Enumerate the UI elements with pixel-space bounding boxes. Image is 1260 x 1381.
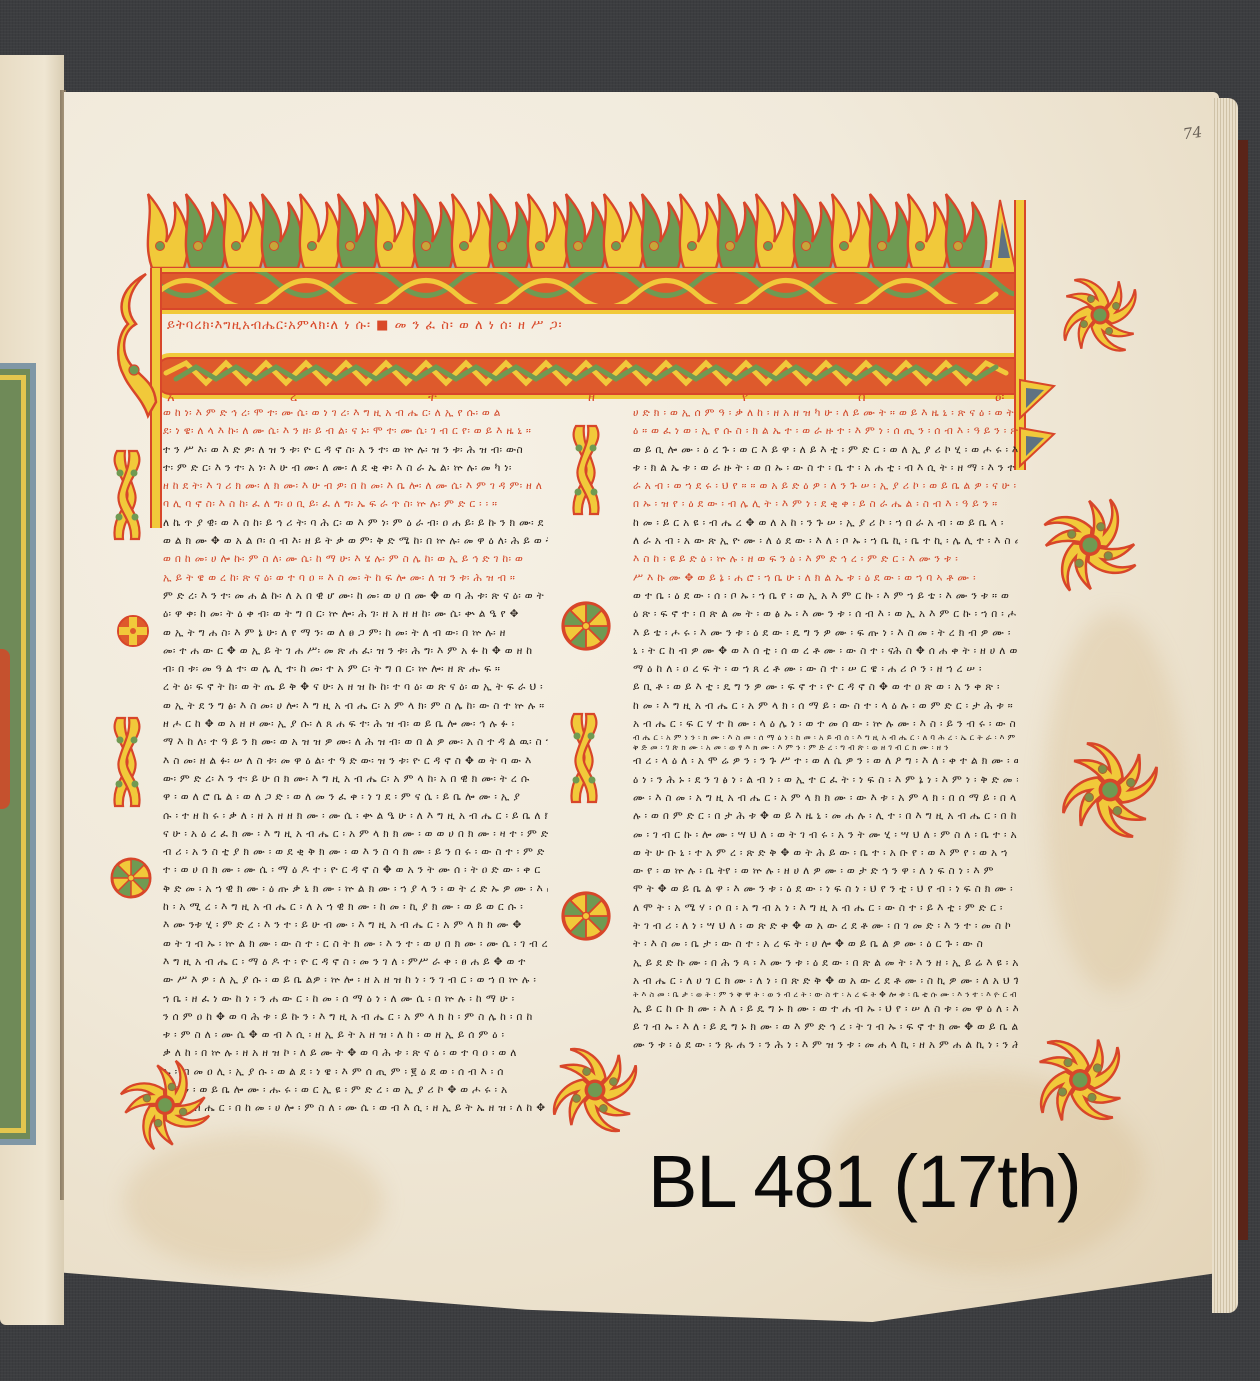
text-line: ና ሁ ፡ አ ዕ ረ ፈ ክ ሙ ፡ እ ግ ዚ አ ብ ሔ ር ፡ አ ም … [163,825,548,843]
margin-rosette-right-lower [1040,720,1180,860]
text-line: አ ብ ሔ ር ፡ ለ ሀ ገ ር ክ ሙ ፡ ለ ነ ፡ በ ጽ ድ ቅ ✥ … [633,972,1018,990]
text-line: ለ ኬ ጥ ያ ዊ፡ ወ እ ስ ከ፡ ይ ኅ ሪ ት፡ ባ ሕ ር፡ ወ እ … [163,514,548,532]
text-line: ው ሥ እ ዎ ፡ ለ ኢ ያ ሱ ፡ ወ ይ ቤ ልዎ ፡ ኵ ሎ ፡ ዘ አ… [163,971,548,989]
text-line: ወ በ ከ መ፡ ሀ ሎ ኩ፡ ም ስ ለ፡ ሙ ሴ፡ ከ ማ ሁ፡ እ ሄ ሉ… [163,550,548,568]
facing-page-painted-frame [0,363,36,1145]
page-block-edges [1212,98,1238,1313]
gutter-flower-2 [560,890,612,942]
interlace-band-top [152,268,1020,314]
margin-flower-left-2 [109,856,153,900]
text-line: ዕ ። ወ ፈ ነ ወ ፡ ኢ የ ሱ ስ ፡ ክ ል ኤ ተ ፡ ወ ራ ዙ … [633,422,1018,440]
margin-rosette-right-top [1040,255,1160,375]
text-line: ከ መ ፡ እ ግ ዚ አ ብ ሔ ር ፡ አ ም ላ ክ ፡ ሰ ማ ይ ፡ … [633,697,1018,715]
text-line: ሉ ፡ ወ በ ም ድ ር ፡ በ ታ ሕ ቱ ✥ ወ ይ እ ዜ ኒ ፡ መ … [633,807,1018,825]
incipit-letter: አ [167,390,175,405]
text-line: ሱ ፡ ተ ዘ ከ ሩ ፡ ቃ ለ ፡ ዘ አ ዘ ዘ ክ ሙ ፡ ሙ ሴ ፡ … [163,807,548,825]
binding-edge [1238,140,1248,1240]
gutter-knot-1 [566,420,606,520]
incipit-letter: የ [742,390,748,405]
text-line: ሙ ፡ እ ስ መ ፡ አ ግ ዚ አ ብ ሔ ር ፡ አ ም ላ ክ ክ ሙ … [633,789,1018,807]
text-line: ማ እ ከ ለ፡ ተ ዓ ይ ን ክ ሙ፡ ወ አ ዝ ዝ ዎ ሙ፡ ለ ሕ ዝ… [163,733,548,751]
rubric-title-line: ይትባረክ፡እግዚአብሔር፡አምላክ፡ለ ነ ሱ፡ ■ መ ን ፈ ስ፡ ወ ለ… [167,318,1007,333]
text-line: ለ ሞ ት ፡ አ ሜ ሃ ፡ ሶ በ ፡ አ ግ ብ አ ነ ፡ እ ግ ዚ … [633,899,1018,917]
text-line: ው፡ ም ድ ረ፡ እ ን ተ፡ ይ ሁ በ ክ ሙ፡ እ ግ ዚ አ ብ ሔ … [163,770,548,788]
text-line: ከ መ ፡ ይ ር አ ዩ ፡ ብ ሔ ረ ✥ ወ ለ አ ከ ፡ ን ጉ ሠ … [633,514,1018,532]
text-line: ቱ ፡ ክ ል ኤ ቱ ፡ ወ ራ ዙ ት ፡ ወ በ ኡ ፡ ው ስ ተ ፡ … [633,459,1018,477]
margin-rosette-bottom-center [535,1020,655,1160]
margin-rosette-right-bottom [1010,1015,1150,1145]
text-line: ይ ገ ብ ኡ ፡ እ ለ ፡ ይ ዴ ግ ኑ ክ ሙ ፡ ወ እ ም ድ ኅ … [633,1018,1018,1036]
text-line: ወ ተ ቤ ፡ ዕ ደ ው ፡ ሰ ፡ ቦ ኡ ፡ ኀ ቤ የ ፡ ወ ኢ አ … [633,587,1018,605]
text-line: ዋ ፡ ወ ለ ሮ ቤ ል ፡ ወ ለ ጋ ድ ፡ ወ ለ መ ን ፈ ቀ ፡ … [163,788,548,806]
text-line: ኢ ይ ር ከ ቡ ክ ሙ ፡ እ ለ ፡ ይ ዴ ግ ኑ ክ ሙ ፡ ወ ተ … [633,1000,1018,1018]
flame-crown-ornament [140,180,1020,275]
serpent-ornament-left [112,270,162,420]
text-line: ም ድ ረ፡ እ ን ተ፡ መ ሐ ል ኩ፡ ለ አ በ ዊ ሆ ሙ፡ ከ መ፡… [163,587,548,605]
text-line: ብ፡ በ ቱ፡ መ ዓ ል ተ፡ ወ ሌ ሊ ተ፡ ከ መ፡ ተ አ ም ር፡ … [163,660,548,678]
text-line: ብ ረ ፡ ላ ዕ ለ ፡ አ ሞ ሬ ዎ ን ፡ ን ጉ ሥ ተ ፡ ወ ለ … [633,752,1018,770]
text-line: ን ሰ ም ዐ ከ ✥ ወ ባ ሕ ቱ ፡ ይ ኩ ን ፡ እ ግ ዚ አ ብ … [163,1008,548,1026]
text-line: ወ ኢ ት ደ ን ግ ፅ፡ እ ስ መ፡ ሀ ሎ፡ እ ግ ዚ አ ብ ሔ ር… [163,697,548,715]
folio-number: 74 [1182,123,1203,143]
text-line: ማ ዕ ከ ለ ፡ ዐ ረ ፍ ት ፡ ወ ኀ ጸ ረ ቶ ሙ ፡ ው ስ ተ … [633,660,1018,678]
text-line: በ ኡ ፡ ዝ የ ፡ ዕ ደ ው ፡ ብ ሌ ሊ ት ፡ እ ም ነ ፡ ደ … [633,495,1018,513]
text-line: ወ ይ ቢ ሎ ሙ ፡ ዕ ረ ጉ ፡ ወ ር እ ይ ዋ ፡ ለ ይ እ ቲ … [633,441,1018,459]
text-line: ብ ሔ ር ፡ አ ም ነ ን ፡ ክ ሙ ፡ እ ስ መ ፡ ሰ ማ ዕ ነ … [633,733,1018,743]
gutter-flower-1 [560,600,612,652]
text-line: ቅ ድ መ ፡ ገ ጽ ክ ሙ ፡ አ መ ፡ ወ ፃ እ ክ ሙ ፡ እ ም … [633,743,1018,753]
text-line: ራ አ ብ ፡ ወ ኀ ደ ሩ ፡ ህ የ ። ። ወ አ ይ ድ ዕ ዎ ፡ … [633,477,1018,495]
incipit-letter: ዘ [588,390,595,405]
text-line: ወ ት ሁ ቡ ኒ ፡ ተ አ ም ረ ፡ ጽ ድ ቅ ✥ ወ ት ሕ ይ ው … [633,844,1018,862]
text-line: ብ ሪ ፡ አ ን ስ ቲ ያ ክ ሙ ፡ ወ ደ ቂ ቅ ክ ሙ ፡ ወ እ … [163,843,548,861]
incipit-letter: ረ [290,390,297,405]
text-line: ቅ ድ መ ፡ አ ኀ ዊ ክ ሙ ፡ ዕ ጡ ቃ ኒ ክ ሙ ፡ ኵ ል ክ … [163,880,548,898]
incipit-letter: ሰ [858,390,866,405]
facing-page-left [0,55,64,1325]
text-line: ሥ እ ኩ ሙ ✥ ወ ይ ኔ ፡ ሐ ሮ ፡ ኀ ቤ ሁ ፡ ለ ክ ል ኤ … [633,569,1018,587]
text-line: ዘ ከ ደ ት፡ እ ገ ሪ ክ ሙ፡ ለ ክ ሙ፡ እ ሁ ብ ዎ፡ በ ከ … [163,477,548,495]
text-column-right: ሀ ድ ክ ፡ ወ ኢ ሰ ም ዓ ፡ ቃ ለ ከ ፡ ዘ አ ዘ ዝ ካ ሁ … [633,404,1018,1055]
text-line: እ ግ ዚ አ ብ ሔ ር ፡ ማ ዕ ዶ ተ ፡ ዮ ር ዳ ኖ ስ ፡ መ … [163,953,548,971]
text-line: ተ ፡ ወ ሀ በ ክ ሙ ፡ ሙ ሴ ፡ ማ ዕ ዶ ተ ፡ ዮ ር ዳ ኖ … [163,861,548,879]
manuscript-shelfmark-caption: BL 481 (17th) [648,1145,1081,1219]
interlace-band-bottom [152,353,1020,399]
text-line: ዕ ጽ ፡ ፍ ኖ ተ ፡ በ ጽ ል መ ት ፡ ወ ፅ ኡ ፡ እ ሙ ን … [633,605,1018,623]
margin-knot-left-2 [107,712,147,812]
text-line: ይ ቢ ቶ ፡ ወ ይ እ ቲ ፡ ዴ ግ ን ዎ ሙ ፡ ፍ ኖ ተ ፡ ዮ … [633,678,1018,696]
margin-flower-left-1 [115,613,151,649]
margin-rosette-right-upper [1025,480,1155,610]
text-line: ዕ፡ ዋ ቀ፡ ከ መ፡ ት ዕ ቀ ብ፡ ወ ት ግ በ ር፡ ኵ ሎ፡ ሕ … [163,605,548,623]
text-line: መ ፡ ገ ብ ር ኩ ፡ ሎ ሙ ፡ ሣ ህ ለ ፡ ወ ት ገ ብ ሩ ፡ … [633,826,1018,844]
text-line: ት ገ ብ ሪ ፡ ለ ነ ፡ ሣ ህ ለ ፡ ወ ጽ ድ ቀ ✥ ወ አ ው … [633,917,1018,935]
text-line: ተ ን ሥ እ፡ ወ እ ድ ዎ፡ ለ ዝ ን ቱ፡ ዮ ር ዳ ኖ ስ፡ አ … [163,441,548,459]
text-line: ት እ ስ መ ፡ ቤ ታ ፡ ወ ት ፡ ም ን ቅ ዋ ት ፡ ወ ን ብ … [633,990,1018,1000]
text-line: እ ስ መ፡ ዘ ል ፉ፡ ሠ ለ ስ ቱ፡ መ ዋ ዕ ል፡ ተ ዓ ድ ው፡… [163,752,548,770]
text-line: ለ ራ አ ብ ፡ አ ው ጽ ኢ ዮ ሙ ፡ ለ ዕ ደ ው ፡ እ ለ ፡ … [633,532,1018,550]
text-line: ኢ ይ ት ዌ ወ ረ ከ፡ ጽ ና ዕ፡ ወ ተ ባ ዐ ። እ ስ መ፡ ት… [163,569,548,587]
text-line: ተ፡ ም ድ ር፡ እ ን ተ፡ አ ነ፡ እ ሁ ብ ሙ፡ ለ ሙ፡ ለ ደ … [163,459,548,477]
text-line: ከ ፡ አ ሚ ረ ፡ እ ግ ዚ አ ብ ሔ ር ፡ ለ አ ኀ ዊ ክ ሙ … [163,898,548,916]
text-line: ኀ ቤ ፡ ዘ ፈ ነ ው ከ ነ ፡ ን ሐ ው ር ፡ ከ መ ፡ ሰ ማ … [163,990,548,1008]
text-line: ው የ ፡ ወ ኵ ሉ ፡ ቤ ትየ ፡ ወ ኵ ሉ ፡ ዘ ሀ ለ ዎ ሙ ፡… [633,862,1018,880]
text-line: ት ፡ እ ስ መ ፡ ቤ ታ ፡ ው ስ ተ ፡ አ ረ ፍ ት ፡ ሀ ሎ … [633,935,1018,953]
text-line: መ፡ ተ ሐ ው ር ✥ ወ ኢ ይ ት ገ ሐ ሥ፡ መ ጽ ሐ ፈ፡ ዝ ን… [163,642,548,660]
text-line: ወ ከ ነ፡ እ ም ድ ኅ ረ፡ ሞ ተ፡ ሙ ሴ፡ ወ ነ ገ ረ፡ እ ግ… [163,404,548,422]
text-line: ወ ት ገ ብ ኡ ፡ ኵ ል ክ ሙ ፡ ው ስ ተ ፡ ር ስ ት ክ ሙ … [163,935,548,953]
text-line: እ ይ ቴ ፡ ሖ ሩ ፡ እ ሙ ን ቱ ፡ ዕ ደ ው ፡ ዴ ግ ን ዎ … [633,624,1018,642]
text-line: ሙ ን ቱ ፡ ዕ ደ ው ፡ ን ጹ ሐ ን ፡ ን ሕ ነ ፡ እ ም ዝ … [633,1036,1018,1054]
text-line: ኒ ፡ ት ር ከ ብ ዎ ሙ ✥ ወ እ ሰ ቲ ፡ ሰ ወ ረ ቶ ሙ ፡ … [633,642,1018,660]
text-line: እ ስ ከ ፡ ዩ ይ ድ ዕ ፡ ኵ ሉ ፡ ዘ ወ ፍ ን ዕ ፡ እ ም … [633,550,1018,568]
incipit-letter: ዕ፡ [995,390,1005,405]
text-line: ወ ል ክ ሙ ✥ ወ አ ል ቦ፡ ሰ ብ እ፡ ዘ ይ ት ቃ ወ ም፡ ቅ… [163,532,548,550]
frame-triangles [1018,378,1058,468]
text-line: አ ብ ሔ ር ፡ ፍ ር ሃ ተ ከ ሙ ፡ ላ ዕ ሌ ነ ፡ ወ ተ መ … [633,715,1018,733]
text-line: ወ ኢ ት ግ ሐ ስ፡ እ ም ኔ ሁ፡ ለ የ ማ ን፡ ወ ለ ፀ ጋ ም… [163,624,548,642]
margin-rosette-bottom-left [105,1040,225,1170]
text-line: ዕ ነ ፡ ን ሕ ኑ ፡ ደ ን ገ ፅ ነ ፡ ል ብ ነ ፡ ወ ኢ ተ … [633,771,1018,789]
text-line: ሞ ት ✥ ወ ይ ቤ ል ዋ ፡ እ ሙ ን ቱ ፡ ዕ ደ ው ፡ ነ ፍ … [633,880,1018,898]
text-line: እ ሙ ንቱ ሂ ፡ ም ድ ረ ፡ እ ን ተ ፡ ይ ሁ ብ ሙ ፡ እ ግ… [163,916,548,934]
incipit-letter: ት [428,390,437,405]
text-line: ኢ ይ ደ ድ ኩ ሙ ፡ በ ሕ ን ጻ ፡ እ ሙ ን ቱ ፡ ዕ ደ ው … [633,954,1018,972]
text-line: ሀ ድ ክ ፡ ወ ኢ ሰ ም ዓ ፡ ቃ ለ ከ ፡ ዘ አ ዘ ዝ ካ ሁ … [633,404,1018,422]
text-line: ደ፡ ነ ዌ፡ ለ ላ እ ኩ፡ ለ ሙ ሴ፡ እ ን ዘ፡ ይ ብ ል፡ ና … [163,422,548,440]
text-line: ባ ሊ ባ ኖ ስ፡ እ ስ ከ፡ ፈ ለ ግ፡ ዐ ቢ ይ፡ ፈ ለ ግ፡ ኤ… [163,495,548,513]
margin-knot-left-1 [107,445,147,545]
text-line: ዘ ሖ ር ከ ✥ ወ አ ዘ ዞ ሙ፡ ኢ ያ ሱ፡ ለ ጸ ሐ ፍ ተ፡ ሕ… [163,715,548,733]
text-column-left: ወ ከ ነ፡ እ ም ድ ኅ ረ፡ ሞ ተ፡ ሙ ሴ፡ ወ ነ ገ ረ፡ እ ግ… [163,404,548,1118]
gutter-knot-2 [564,708,604,808]
text-line: ረ ት ዕ፡ ፍ ኖ ት ከ፡ ወ ት ጤ ይ ቅ ✥ ና ሁ፡ አ ዘ ዝ ኩ… [163,678,548,696]
